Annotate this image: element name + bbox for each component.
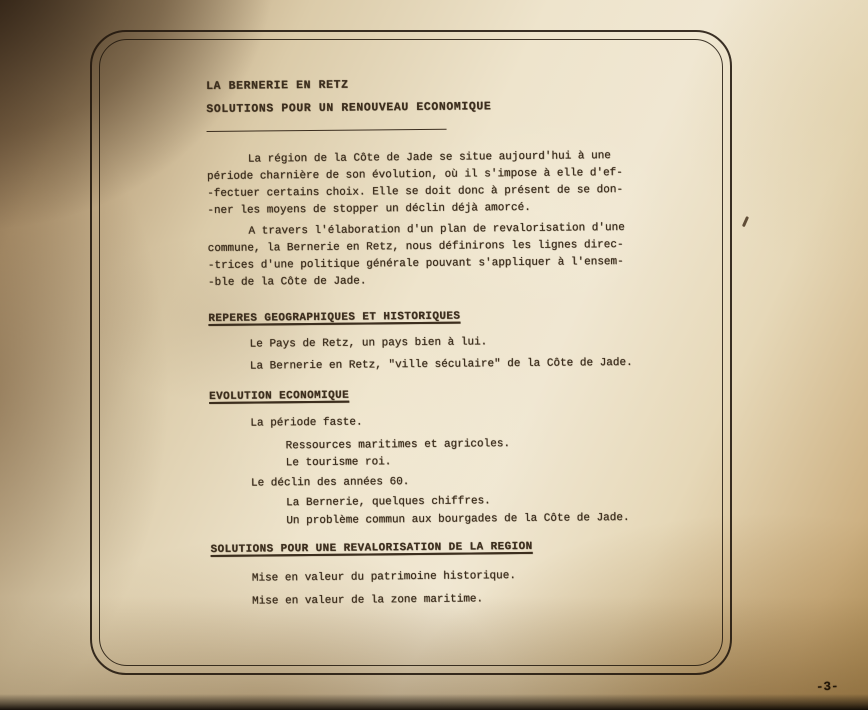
- outline-item: La Bernerie en Retz, "ville séculaire" d…: [209, 354, 701, 376]
- intro-paragraph-line: -ner les moyens de stopper un déclin déj…: [207, 198, 699, 220]
- page-number: -3-: [816, 680, 839, 695]
- photographed-document-page: LA BERNERIE EN RETZ SOLUTIONS POUR UN RE…: [0, 0, 868, 710]
- section-heading: EVOLUTION ECONOMIQUE: [209, 384, 701, 406]
- document-subtitle-line: SOLUTIONS POUR UN RENOUVEAU ECONOMIQUE: [206, 96, 698, 118]
- stray-ink-mark: [742, 216, 749, 227]
- section-heading: REPERES GEOGRAPHIQUES ET HISTORIQUES: [208, 306, 700, 328]
- outline-item: Le Pays de Retz, un pays bien à lui.: [209, 332, 701, 354]
- outline-item: Mise en valeur du patrimoine historique.: [211, 566, 703, 588]
- outline-sub-item: Un problème commun aux bourgades de la C…: [210, 509, 702, 531]
- document-title-line: LA BERNERIE EN RETZ: [206, 73, 698, 95]
- section-heading: SOLUTIONS POUR UNE REVALORISATION DE LA …: [211, 537, 703, 559]
- title-separator-rule: [207, 129, 447, 132]
- outline-sub-item: Le tourisme roi.: [210, 451, 702, 473]
- typewritten-content: LA BERNERIE EN RETZ SOLUTIONS POUR UN RE…: [206, 67, 703, 611]
- outline-item: Le déclin des années 60.: [210, 471, 702, 493]
- outline-item: La période faste.: [209, 411, 701, 433]
- intro-paragraph-line: -ble de la Côte de Jade.: [208, 270, 700, 292]
